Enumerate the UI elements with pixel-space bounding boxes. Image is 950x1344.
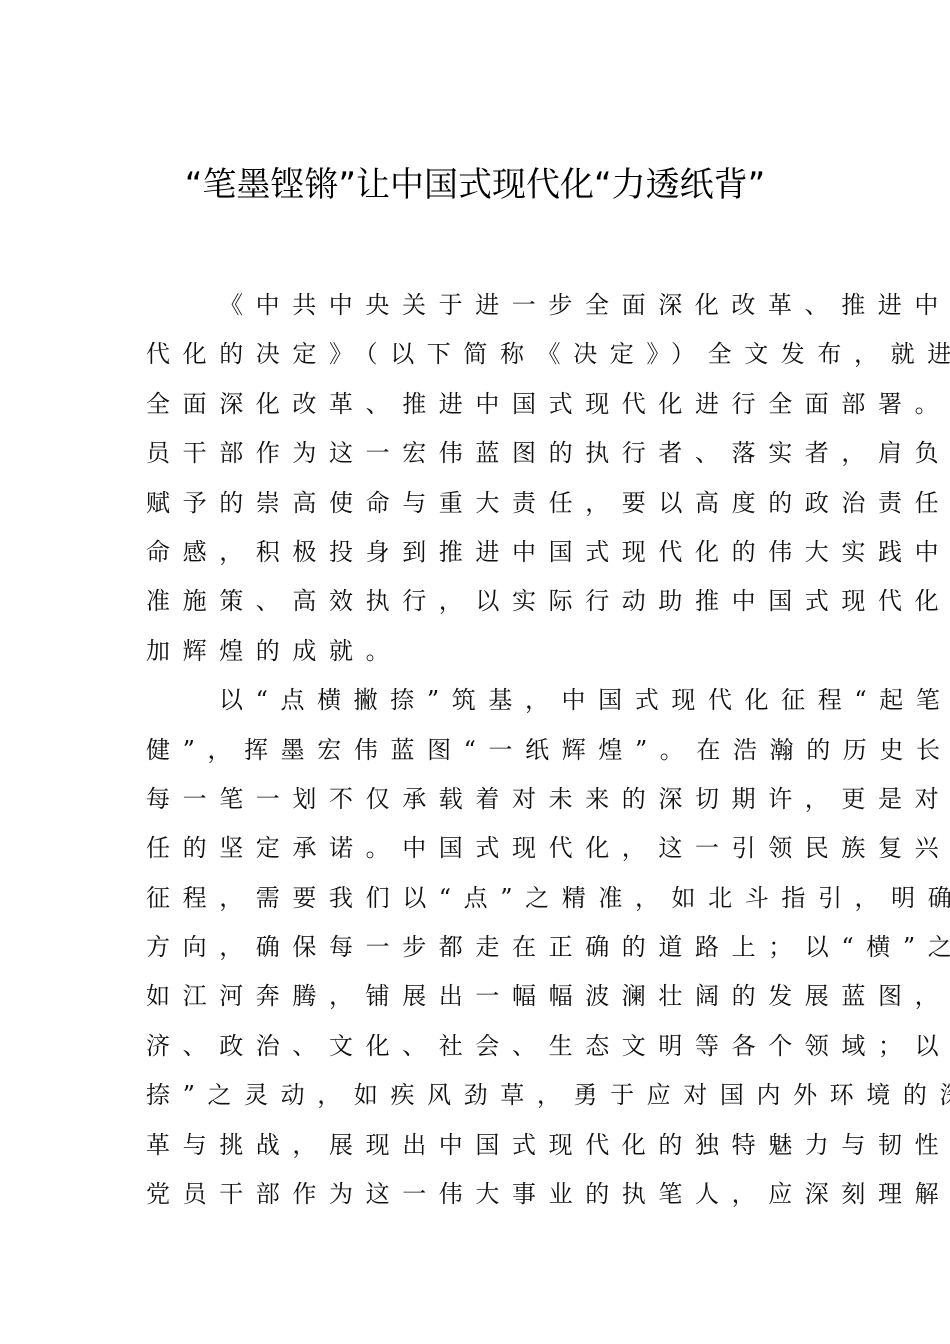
- text-line: 准施策、高效执行，以实际行动助推中国式现代化取得更: [146, 577, 808, 626]
- text-line: 革与挑战，展现出中国式现代化的独特魅力与韧性。广大: [146, 1121, 808, 1170]
- paragraph-2: 以“点横撇捺”筑基，中国式现代化征程“起笔稳 健”，挥墨宏伟蓝图“一纸辉煌”。在…: [146, 676, 808, 1219]
- text-line: 加辉煌的成就。: [146, 627, 808, 676]
- text-line: 捺”之灵动，如疾风劲草，勇于应对国内外环境的深刻变: [146, 1071, 808, 1120]
- text-line: 党员干部作为这一伟大事业的执笔人，应深刻理解中国式: [146, 1170, 808, 1219]
- document-body: 《中共中央关于进一步全面深化改革、推进中国式现 代化的决定》（以下简称《决定》）…: [146, 281, 808, 1219]
- text-line: 《中共中央关于进一步全面深化改革、推进中国式现: [146, 281, 808, 330]
- paragraph-1: 《中共中央关于进一步全面深化改革、推进中国式现 代化的决定》（以下简称《决定》）…: [146, 281, 808, 676]
- text-line: 任的坚定承诺。中国式现代化，这一引领民族复兴的伟大: [146, 824, 808, 873]
- text-line: 全面深化改革、推进中国式现代化进行全面部署。广大党: [146, 380, 808, 429]
- text-line: 代化的决定》（以下简称《决定》）全文发布，就进一步: [146, 330, 808, 379]
- text-line: 方向，确保每一步都走在正确的道路上；以“横”之宽广: [146, 923, 808, 972]
- text-line: 济、政治、文化、社会、生态文明等各个领域；以“撇: [146, 1022, 808, 1071]
- document-page: “笔墨铿锵”让中国式现代化“力透纸背” 《中共中央关于进一步全面深化改革、推进中…: [0, 0, 950, 1344]
- text-line: 健”，挥墨宏伟蓝图“一纸辉煌”。在浩瀚的历史长河中: [146, 726, 808, 775]
- text-line: 员干部作为这一宏伟蓝图的执行者、落实者，肩负着时代: [146, 429, 808, 478]
- text-line: 每一笔一划不仅承载着对未来的深切期许，更是对时代责: [146, 775, 808, 824]
- text-line: 命感，积极投身到推进中国式现代化的伟大实践中去，精: [146, 528, 808, 577]
- text-line: 赋予的崇高使命与重大责任，要以高度的政治责任感和使: [146, 479, 808, 528]
- text-line: 以“点横撇捺”筑基，中国式现代化征程“起笔稳: [146, 676, 808, 725]
- text-line: 如江河奔腾，铺展出一幅幅波澜壮阔的发展蓝图，涵盖经: [146, 972, 808, 1021]
- document-title: “笔墨铿锵”让中国式现代化“力透纸背”: [0, 163, 950, 207]
- text-line: 征程，需要我们以“点”之精准，如北斗指引，明确发展: [146, 874, 808, 923]
